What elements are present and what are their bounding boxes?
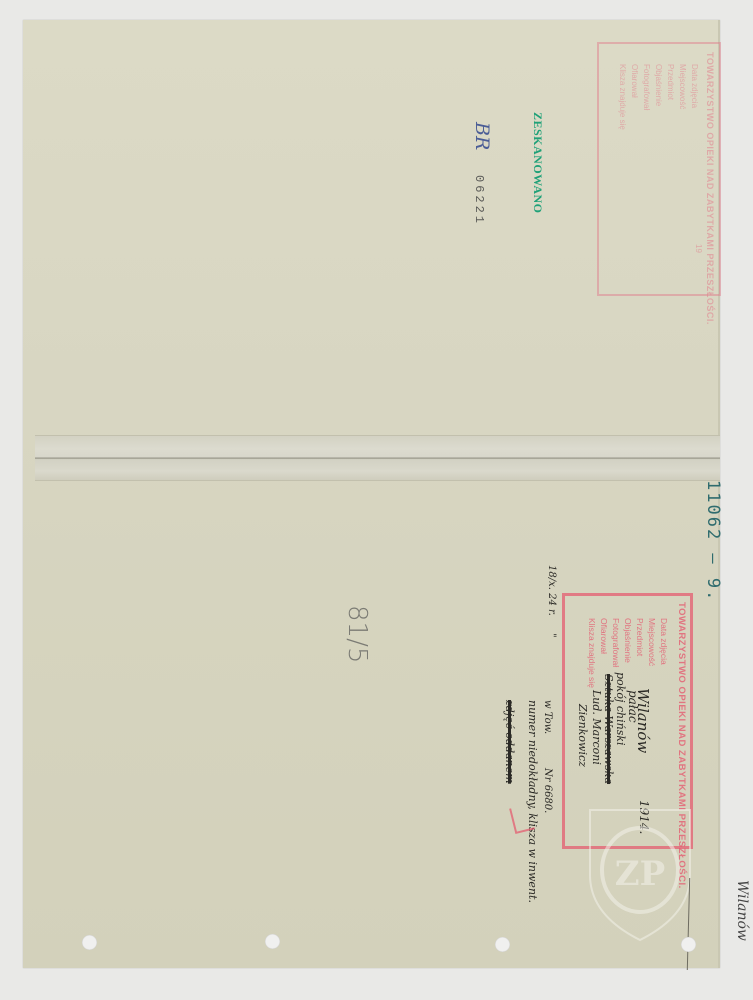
margin-note-struck: zdjęć oddanem <box>503 700 516 784</box>
margin-note-date: 18/x. 24 r. <box>546 565 557 616</box>
handwritten-description: pokój chiński <box>614 672 627 746</box>
signature-code: BR <box>471 122 493 150</box>
stamp-field: Przedmiot <box>635 618 645 656</box>
stamp-field: Fotografował <box>611 618 621 667</box>
fraction-note: 81/5 <box>342 605 372 663</box>
stamp-field: Objaśnienie <box>623 618 633 663</box>
handwritten-photographer: Lud. Marconi <box>590 690 603 765</box>
stamp-field: Fotografował <box>642 64 651 110</box>
stamp-field: Objaśnienie <box>654 64 663 106</box>
stamp-field: Klisza znajduje się <box>618 64 627 130</box>
handwritten-donor: Zienkowicz <box>576 704 589 767</box>
handwritten-object: pałac <box>626 690 640 723</box>
punched-hole <box>681 937 696 952</box>
zp-shield-watermark-icon: ZP <box>585 805 695 945</box>
margin-note-remark: numer niedokładny, klisza w inwent. <box>526 700 539 903</box>
right-edge-label: Wilanów <box>734 880 750 941</box>
stamp-field: Data zdjęcia <box>659 618 669 665</box>
stamp-field: Przedmiot <box>666 64 675 100</box>
stamp-year: 19 <box>694 244 703 253</box>
stamp-field: Miejscowość <box>647 618 657 666</box>
stamp-field: Ofiarował <box>630 64 639 98</box>
scanned-stamp: ZESKANOWANO <box>530 112 545 214</box>
inventory-number: 11062 — 9. <box>703 480 723 602</box>
punched-hole <box>265 934 280 949</box>
cloth-hinge-fold <box>35 435 720 481</box>
stamp-field: Data zdjęcia <box>690 64 699 108</box>
punched-hole <box>495 937 510 952</box>
punched-hole <box>82 935 97 950</box>
stamp-field: Ofiarował <box>599 618 609 654</box>
stamp-field: Klisza znajduje się <box>587 618 597 688</box>
margin-note: w Tow. <box>542 700 553 734</box>
margin-note-number: Nr 6680. <box>542 768 553 813</box>
society-stamp-top: TOWARZYSTWO OPIEKI NAD ZABYTKAMI PRZESZŁ… <box>597 42 721 296</box>
svg-text:ZP: ZP <box>615 854 665 894</box>
stamp-title: TOWARZYSTWO OPIEKI NAD ZABYTKAMI PRZESZŁ… <box>705 52 715 325</box>
margin-note-ditto: " <box>546 633 557 638</box>
catalog-number: 06221 <box>472 175 486 226</box>
stamp-field: Miejscowość <box>678 64 687 109</box>
handwritten-description: Sztuka Warszawska <box>602 674 615 784</box>
